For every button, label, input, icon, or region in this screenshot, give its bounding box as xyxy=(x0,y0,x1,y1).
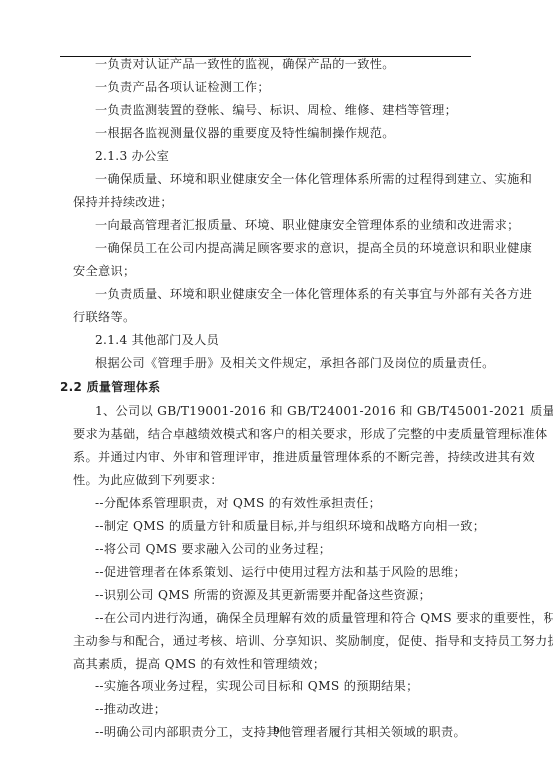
text-line: 一向最高管理者汇报质量、环境、职业健康安全管理体系的业绩和改进需求； xyxy=(95,217,520,233)
subsection-heading: 2.1.3 办公室 xyxy=(95,148,169,164)
text-line: 根据公司《管理手册》及相关文件规定，承担各部门及岗位的质量责任。 xyxy=(95,355,495,371)
list-item: --促进管理者在体系策划、运行中使用过程方法和基于风险的思维； xyxy=(95,564,466,580)
text-line: 一负责监测装置的登帐、编号、标识、周检、维修、建档等管理； xyxy=(95,102,457,118)
list-item: --分配体系管理职责，对 QMS 的有效性承担责任； xyxy=(95,495,381,511)
list-item: --识别公司 QMS 所需的资源及其更新需要并配备这些资源； xyxy=(95,587,431,603)
text-line: 行联络等。 xyxy=(73,309,135,325)
text-line: 一根据各监视测量仪器的重要度及特性编制操作规范。 xyxy=(95,125,395,141)
list-item: --制定 QMS 的质量方针和质量目标,并与组织环境和战略方向相一致； xyxy=(95,518,485,534)
text-line: 性。为此应做到下列要求： xyxy=(73,472,223,488)
list-item: --在公司内进行沟通，确保全员理解有效的质量管理和符合 QMS 要求的重要性，积… xyxy=(95,610,553,626)
list-item: --将公司 QMS 要求融入公司的业务过程； xyxy=(95,541,331,557)
list-item: --实施各项业务过程，实现公司目标和 QMS 的预期结果； xyxy=(95,678,419,694)
section-heading: 2.2 质量管理体系 xyxy=(60,379,160,395)
text-line: 主动参与和配合，通过考核、培训、分享知识、奖励制度，促使、指导和支持员工努力提 xyxy=(73,633,553,649)
text-line: 系。并通过内审、外审和管理评审，推进质量管理体系的不断完善，持续改进其有效 xyxy=(73,449,535,465)
text-line: 高其素质，提高 QMS 的有效性和管理绩效； xyxy=(73,656,325,672)
text-line: 1、公司以 GB/T19001-2016 和 GB/T24001-2016 和 … xyxy=(95,403,553,419)
text-line: 一负责质量、环境和职业健康安全一体化管理体系的有关事宜与外部有关各方进 xyxy=(95,286,532,302)
text-line: 安全意识； xyxy=(73,263,135,279)
text-line: 保持并持续改进； xyxy=(73,194,173,210)
text-line: 要求为基础，结合卓越绩效模式和客户的相关要求，形成了完整的中麦质量管理标准体 xyxy=(73,426,548,442)
text-line: 一确保质量、环境和职业健康安全一体化管理体系所需的过程得到建立、实施和 xyxy=(95,171,532,187)
subsection-heading: 2.1.4 其他部门及人员 xyxy=(95,332,219,348)
text-line: 一负责对认证产品一致性的监视，确保产品的一致性。 xyxy=(95,56,395,72)
text-line: 一确保员工在公司内提高满足顾客要求的意识，提高全员的环境意识和职业健康 xyxy=(95,240,532,256)
text-line: 一负责产品各项认证检测工作； xyxy=(95,79,270,95)
list-item: --推动改进； xyxy=(95,701,166,717)
page-number: 9 xyxy=(0,727,553,737)
